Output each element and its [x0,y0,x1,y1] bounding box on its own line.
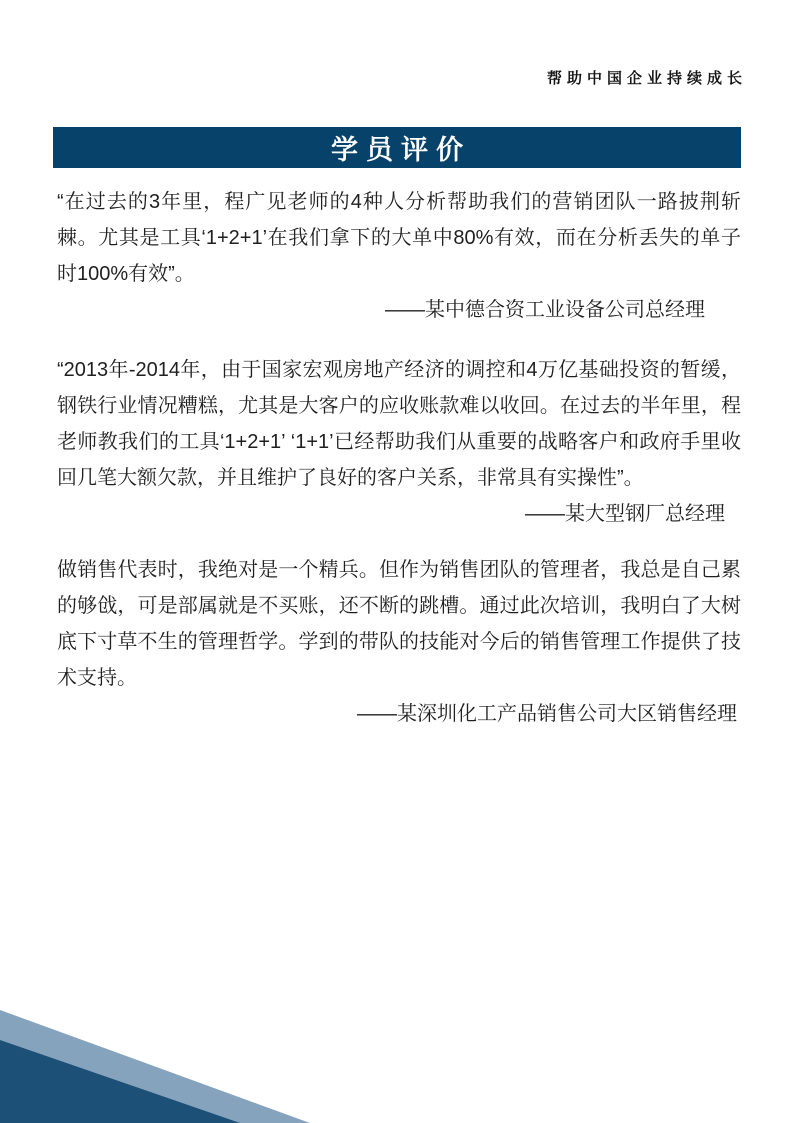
testimonial-attribution: ——某中德合资工业设备公司总经理 [57,292,741,328]
testimonial-block-2: “2013年-2014年，由于国家宏观房地产经济的调控和4万亿基础投资的暂缓，钢… [57,352,741,532]
testimonials-section: “在过去的3年里，程广见老师的4种人分析帮助我们的营销团队一路披荆斩棘。尤其是工… [57,184,741,732]
testimonial-block-1: “在过去的3年里，程广见老师的4种人分析帮助我们的营销团队一路披荆斩棘。尤其是工… [57,184,741,328]
page: 帮助中国企业持续成长 学员评价 “在过去的3年里，程广见老师的4种人分析帮助我们… [0,0,794,1123]
testimonial-text: “在过去的3年里，程广见老师的4种人分析帮助我们的营销团队一路披荆斩棘。尤其是工… [57,184,741,292]
header-slogan: 帮助中国企业持续成长 [0,68,747,90]
testimonial-text: “2013年-2014年，由于国家宏观房地产经济的调控和4万亿基础投资的暂缓，钢… [57,352,741,496]
section-title: 学员评价 [323,128,471,167]
testimonial-block-3: 做销售代表时，我绝对是一个精兵。但作为销售团队的管理者，我总是自己累的够戗，可是… [57,552,741,732]
section-banner: 学员评价 [53,127,741,168]
testimonial-attribution: ——某深圳化工产品销售公司大区销售经理 [57,696,741,732]
corner-decoration [0,1008,320,1123]
testimonial-text: 做销售代表时，我绝对是一个精兵。但作为销售团队的管理者，我总是自己累的够戗，可是… [57,552,741,696]
testimonial-attribution: ——某大型钢厂总经理 [57,496,741,532]
